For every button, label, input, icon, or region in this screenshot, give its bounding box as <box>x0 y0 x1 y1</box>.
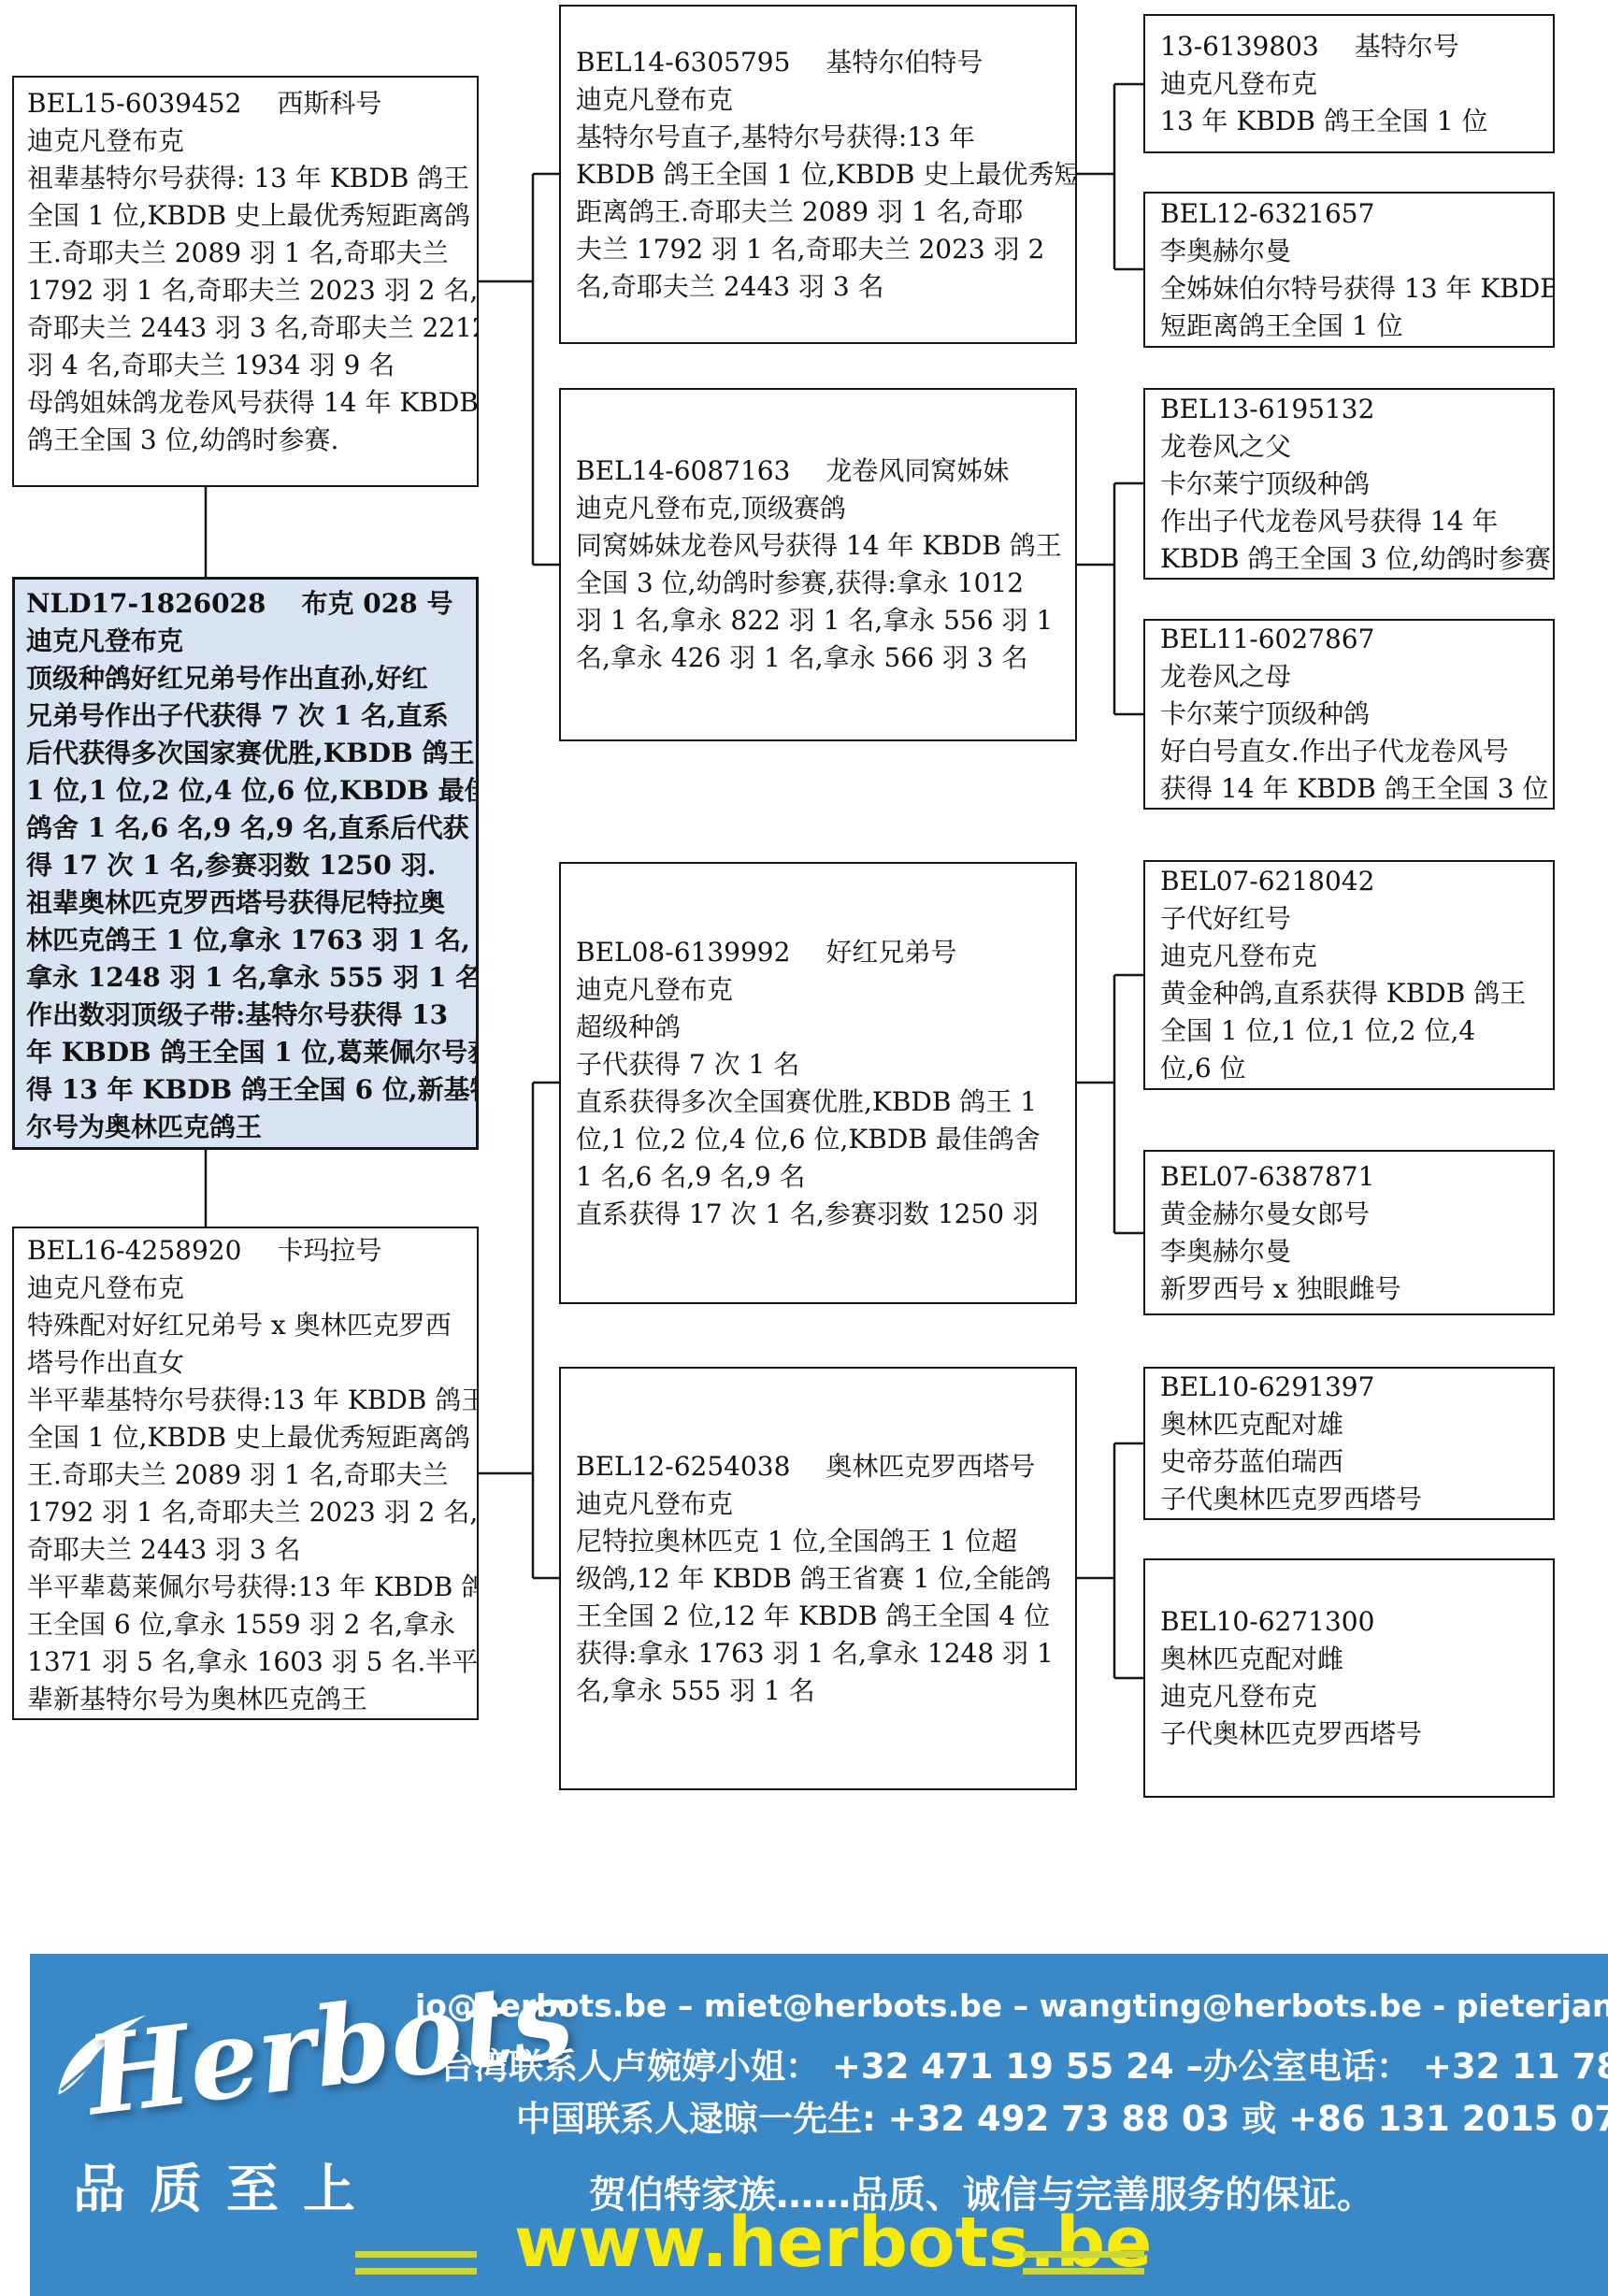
box-header: BEL12-6254038奥林匹克罗西塔号 <box>576 1448 1071 1485</box>
ring-number: BEL12-6321657 <box>1160 198 1374 229</box>
box-header: 13-6139803基特尔号 <box>1160 28 1549 65</box>
ring-number: BEL16-4258920 <box>27 1235 241 1266</box>
box-details: 迪克凡登布克 祖辈基特尔号获得: 13 年 KBDB 鸽王 全国 1 位,KBD… <box>27 122 473 459</box>
accent-lines-left <box>355 2251 477 2285</box>
bird-name: 基特尔伯特号 <box>826 47 983 78</box>
pedigree-box-subject: NLD17-1826028布克 028 号 迪克凡登布克 顶级种鸽好红兄弟号作出… <box>12 577 479 1150</box>
box-details: 龙卷风之父 卡尔莱宁顶级种鸽 作出子代龙卷风号获得 14 年 KBDB 鸽王全国… <box>1160 428 1549 578</box>
ring-number: BEL07-6218042 <box>1160 866 1374 897</box>
box-header: BEL16-4258920卡玛拉号 <box>27 1232 473 1270</box>
box-header: BEL08-6139992好红兄弟号 <box>576 934 1071 971</box>
pedigree-box-g3-5: BEL07-6218042 子代好红号 迪克凡登布克 黄金种鸽,直系获得 KBD… <box>1143 860 1555 1090</box>
box-header: BEL10-6291397 <box>1160 1369 1549 1406</box>
pedigree-box-g3-3: BEL13-6195132 龙卷风之父 卡尔莱宁顶级种鸽 作出子代龙卷风号获得 … <box>1143 388 1555 580</box>
bird-name: 西斯科号 <box>277 88 381 119</box>
ring-number: BEL10-6291397 <box>1160 1371 1374 1402</box>
box-header: BEL14-6087163龙卷风同窝姊妹 <box>576 452 1071 490</box>
footer-banner: Herbots 品质至上 jo@herbots.be – miet@herbot… <box>30 1954 1608 2296</box>
pedigree-box-sire: BEL15-6039452西斯科号 迪克凡登布克 祖辈基特尔号获得: 13 年 … <box>12 76 479 487</box>
pedigree-box-g3-8: BEL10-6271300 奥林匹克配对雌 迪克凡登布克 子代奥林匹克罗西塔号 <box>1143 1558 1555 1798</box>
pedigree-box-g3-4: BEL11-6027867 龙卷风之母 卡尔莱宁顶级种鸽 好白号直女.作出子代龙… <box>1143 619 1555 810</box>
pedigree-box-dam-dam: BEL12-6254038奥林匹克罗西塔号 迪克凡登布克 尼特拉奥林匹克 1 位… <box>559 1367 1077 1790</box>
bird-name: 好红兄弟号 <box>826 937 956 968</box>
box-header: BEL10-6271300 <box>1160 1603 1549 1641</box>
ring-number: BEL15-6039452 <box>27 88 241 119</box>
ring-number: BEL14-6305795 <box>576 47 790 78</box>
ring-number: BEL12-6254038 <box>576 1451 790 1482</box>
box-details: 迪克凡登布克 13 年 KBDB 鸽王全国 1 位 <box>1160 65 1549 140</box>
box-details: 奥林匹克配对雄 史帝芬蓝伯瑞西 子代奥林匹克罗西塔号 <box>1160 1406 1549 1518</box>
box-header: BEL07-6218042 <box>1160 863 1549 900</box>
pedigree-page: BEL15-6039452西斯科号 迪克凡登布克 祖辈基特尔号获得: 13 年 … <box>0 0 1608 2296</box>
pedigree-box-sire-dam: BEL14-6087163龙卷风同窝姊妹 迪克凡登布克,顶级赛鸽 同窝姊妹龙卷风… <box>559 388 1077 741</box>
box-details: 迪克凡登布克 超级种鸽 子代获得 7 次 1 名 直系获得多次全国赛优胜,KBD… <box>576 971 1071 1233</box>
box-details: 黄金赫尔曼女郎号 李奥赫尔曼 新罗西号 x 独眼雌号 <box>1160 1196 1549 1308</box>
pedigree-box-dam-sire: BEL08-6139992好红兄弟号 迪克凡登布克 超级种鸽 子代获得 7 次 … <box>559 862 1077 1304</box>
box-header: BEL13-6195132 <box>1160 391 1549 428</box>
box-details: 李奥赫尔曼 全姊妹伯尔特号获得 13 年 KBDB 短距离鸽王全国 1 位 <box>1160 233 1549 345</box>
box-header: BEL11-6027867 <box>1160 621 1549 658</box>
ring-number: BEL13-6195132 <box>1160 394 1374 424</box>
box-header: BEL15-6039452西斯科号 <box>27 85 473 122</box>
pedigree-box-g3-7: BEL10-6291397 奥林匹克配对雄 史帝芬蓝伯瑞西 子代奥林匹克罗西塔号 <box>1143 1367 1555 1520</box>
bird-name: 布克 028 号 <box>302 588 453 619</box>
ring-number: BEL11-6027867 <box>1160 624 1374 654</box>
ring-number: 13-6139803 <box>1160 31 1319 62</box>
contact-emails: jo@herbots.be – miet@herbots.be – wangti… <box>415 1987 1608 2024</box>
box-details: 奥林匹克配对雌 迪克凡登布克 子代奥林匹克罗西塔号 <box>1160 1641 1549 1753</box>
pedigree-box-g3-1: 13-6139803基特尔号 迪克凡登布克 13 年 KBDB 鸽王全国 1 位 <box>1143 14 1555 153</box>
pedigree-box-g3-6: BEL07-6387871 黄金赫尔曼女郎号 李奥赫尔曼 新罗西号 x 独眼雌号 <box>1143 1150 1555 1315</box>
contact-taiwan: 台湾联系人卢婉婷小姐： +32 471 19 55 24 –办公室电话： +32… <box>439 2038 1608 2088</box>
ring-number: BEL14-6087163 <box>576 455 790 486</box>
bird-name: 奥林匹克罗西塔号 <box>826 1451 1035 1482</box>
box-header: NLD17-1826028布克 028 号 <box>26 585 474 623</box>
box-header: BEL07-6387871 <box>1160 1158 1549 1196</box>
pedigree-box-dam: BEL16-4258920卡玛拉号 迪克凡登布克 特殊配对好红兄弟号 x 奥林匹… <box>12 1227 479 1720</box>
box-details: 迪克凡登布克 基特尔号直子,基特尔号获得:13 年 KBDB 鸽王全国 1 位,… <box>576 81 1071 306</box>
box-header: BEL12-6321657 <box>1160 195 1549 233</box>
box-details: 迪克凡登布克 尼特拉奥林匹克 1 位,全国鸽王 1 位超 级鸽,12 年 KBD… <box>576 1485 1071 1710</box>
box-details: 迪克凡登布克 顶级种鸽好红兄弟号作出直孙,好红 兄弟号作出子代获得 7 次 1 … <box>26 623 474 1146</box>
ring-number: NLD17-1826028 <box>26 588 266 619</box>
ring-number: BEL10-6271300 <box>1160 1606 1374 1637</box>
box-details: 龙卷风之母 卡尔莱宁顶级种鸽 好白号直女.作出子代龙卷风号 获得 14 年 KB… <box>1160 658 1549 808</box>
box-header: BEL14-6305795基特尔伯特号 <box>576 44 1071 81</box>
logo-tagline: 品质至上 <box>73 2148 380 2223</box>
bird-name: 龙卷风同窝姊妹 <box>826 455 1009 486</box>
pedigree-box-sire-sire: BEL14-6305795基特尔伯特号 迪克凡登布克 基特尔号直子,基特尔号获得… <box>559 5 1077 344</box>
ring-number: BEL07-6387871 <box>1160 1161 1374 1192</box>
box-details: 子代好红号 迪克凡登布克 黄金种鸽,直系获得 KBDB 鸽王 全国 1 位,1 … <box>1160 900 1549 1087</box>
contact-china: 中国联系人逯晾一先生: +32 492 73 88 03 或 +86 131 2… <box>516 2090 1608 2141</box>
box-details: 迪克凡登布克 特殊配对好红兄弟号 x 奥林匹克罗西 塔号作出直女 半平辈基特尔号… <box>27 1270 473 1718</box>
accent-lines-right <box>1023 2251 1144 2285</box>
bird-name: 卡玛拉号 <box>277 1235 381 1266</box>
bird-name: 基特尔号 <box>1355 31 1459 62</box>
ring-number: BEL08-6139992 <box>576 937 790 968</box>
box-details: 迪克凡登布克,顶级赛鸽 同窝姊妹龙卷风号获得 14 年 KBDB 鸽王 全国 3… <box>576 490 1071 677</box>
pedigree-box-g3-2: BEL12-6321657 李奥赫尔曼 全姊妹伯尔特号获得 13 年 KBDB … <box>1143 192 1555 348</box>
